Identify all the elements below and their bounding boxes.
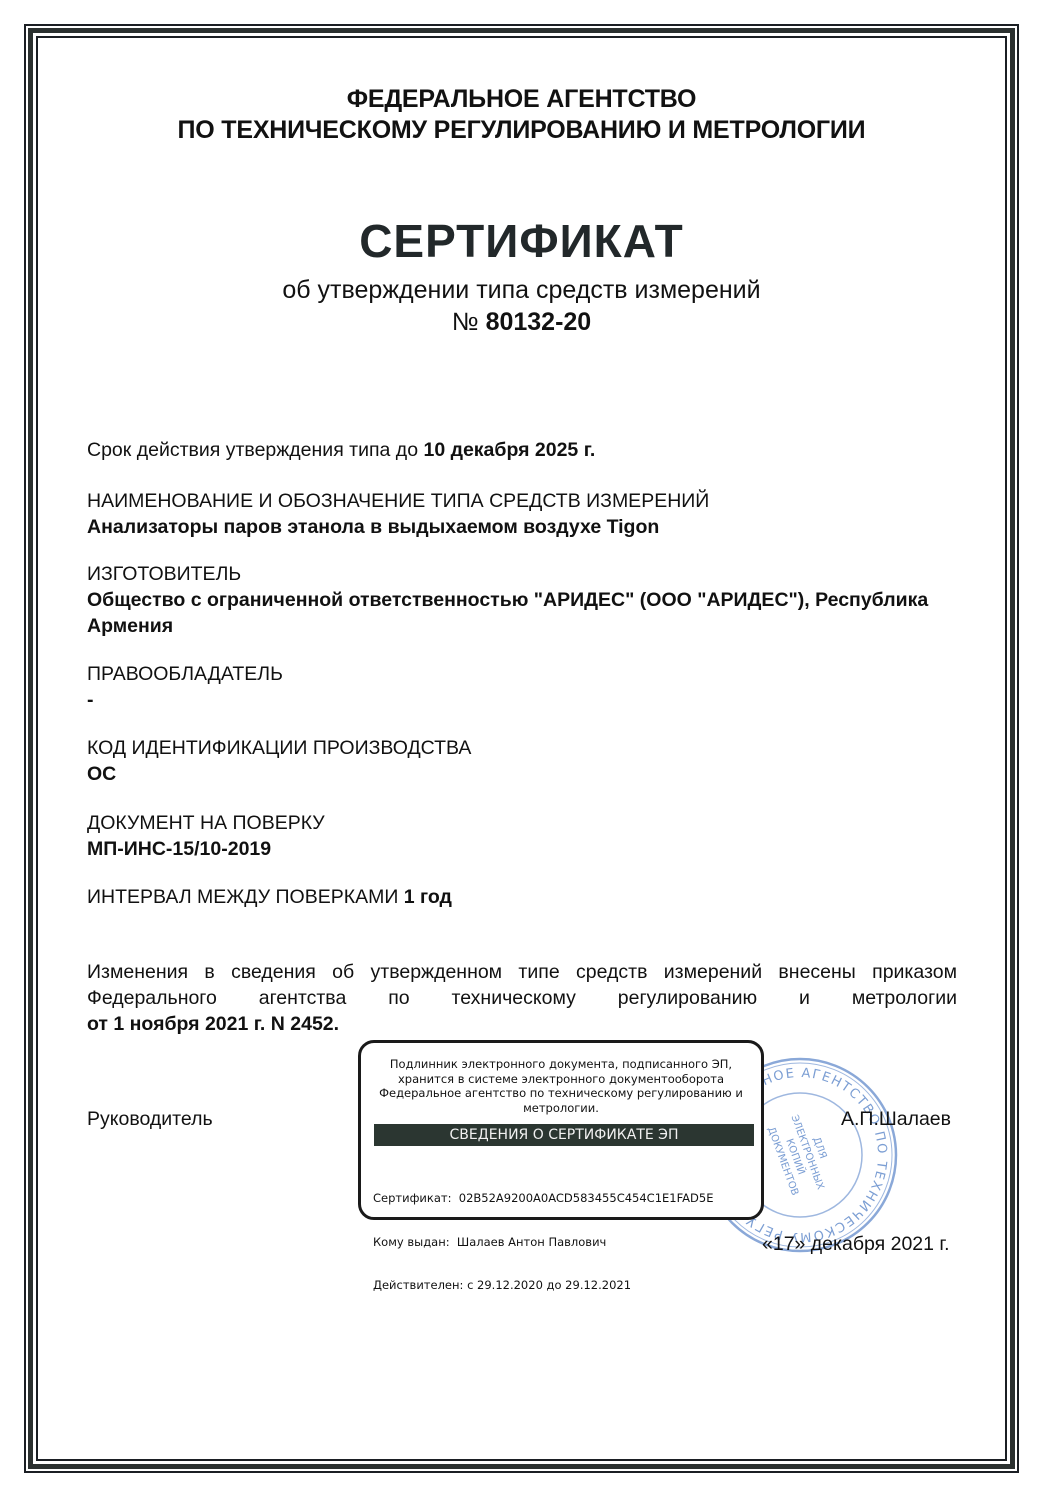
field-type-name: НАИМЕНОВАНИЕ И ОБОЗНАЧЕНИЕ ТИПА СРЕДСТВ … xyxy=(87,488,957,540)
issue-date: «17» декабря 2021 г. xyxy=(762,1233,950,1256)
field-interval: ИНТЕРВАЛ МЕЖДУ ПОВЕРКАМИ 1 год xyxy=(87,884,957,910)
esig-title-bar: СВЕДЕНИЯ О СЕРТИФИКАТЕ ЭП xyxy=(374,1124,754,1146)
esig-issued-to-label: Кому выдан: xyxy=(373,1235,450,1249)
signer-role: Руководитель xyxy=(87,1108,213,1131)
field-label: ИЗГОТОВИТЕЛЬ xyxy=(87,561,952,587)
esig-notice-line-2: хранится в системе электронного документ… xyxy=(361,1072,761,1087)
number-prefix: № xyxy=(452,308,479,336)
esig-notice-line-1: Подлинник электронного документа, подпис… xyxy=(361,1057,761,1072)
field-label: ДОКУМЕНТ НА ПОВЕРКУ xyxy=(87,810,957,836)
field-production-code: КОД ИДЕНТИФИКАЦИИ ПРОИЗВОДСТВА ОС xyxy=(87,735,957,787)
field-manufacturer: ИЗГОТОВИТЕЛЬ Общество с ограниченной отв… xyxy=(87,561,952,639)
esig-cert-value: 02B52A9200A0ACD583455C454C1E1FAD5E xyxy=(459,1191,714,1205)
certificate-number: № 80132-20 xyxy=(0,308,1043,337)
interval-value: 1 год xyxy=(404,886,452,908)
esig-cert-label: Сертификат: xyxy=(373,1191,451,1205)
validity-date: 10 декабря 2025 г. xyxy=(423,439,595,461)
esig-valid-value: с 29.12.2020 до 29.12.2021 xyxy=(467,1278,631,1292)
agency-line-1: ФЕДЕРАЛЬНОЕ АГЕНТСТВО xyxy=(0,84,1043,115)
agency-line-2: ПО ТЕХНИЧЕСКОМУ РЕГУЛИРОВАНИЮ И МЕТРОЛОГ… xyxy=(0,115,1043,146)
agency-header: ФЕДЕРАЛЬНОЕ АГЕНТСТВО ПО ТЕХНИЧЕСКОМУ РЕ… xyxy=(0,84,1043,146)
certificate-title: СЕРТИФИКАТ xyxy=(0,214,1043,268)
interval-label: ИНТЕРВАЛ МЕЖДУ ПОВЕРКАМИ xyxy=(87,886,398,908)
esig-issued-to-value: Шалаев Антон Павлович xyxy=(457,1235,606,1249)
field-value: Общество с ограниченной ответственностью… xyxy=(87,587,952,639)
changes-paragraph: Изменения в сведения об утвержденном тип… xyxy=(87,959,957,1037)
field-value: - xyxy=(87,687,957,713)
field-label: КОД ИДЕНТИФИКАЦИИ ПРОИЗВОДСТВА xyxy=(87,735,957,761)
changes-line-2: Федерального агентства по техническому р… xyxy=(87,985,957,1011)
field-label: ПРАВООБЛАДАТЕЛЬ xyxy=(87,661,957,687)
changes-line-1: Изменения в сведения об утвержденном тип… xyxy=(87,959,957,985)
field-rightholder: ПРАВООБЛАДАТЕЛЬ - xyxy=(87,661,957,713)
esig-notice-line-3: Федеральное агентство по техническому ре… xyxy=(361,1086,761,1101)
changes-line-3: от 1 ноября 2021 г. N 2452. xyxy=(87,1011,957,1037)
electronic-signature-box: Подлинник электронного документа, подпис… xyxy=(358,1040,764,1220)
field-value: МП-ИНС-15/10-2019 xyxy=(87,836,957,862)
number-value: 80132-20 xyxy=(486,308,592,336)
esig-notice-line-4: метрологии. xyxy=(361,1101,761,1116)
validity-line: Срок действия утверждения типа до 10 дек… xyxy=(87,437,957,463)
esig-valid-label: Действителен: xyxy=(373,1278,463,1292)
esig-details: Сертификат: 02B52A9200A0ACD583455C454C1E… xyxy=(373,1162,713,1322)
signer-name: А.П.Шалаев xyxy=(841,1108,951,1131)
field-value: ОС xyxy=(87,761,957,787)
field-value: Анализаторы паров этанола в выдыхаемом в… xyxy=(87,514,957,540)
validity-label: Срок действия утверждения типа до xyxy=(87,439,418,461)
certificate-subtitle: об утверждении типа средств измерений xyxy=(0,276,1043,305)
esig-notice: Подлинник электронного документа, подпис… xyxy=(361,1057,761,1115)
field-verification-doc: ДОКУМЕНТ НА ПОВЕРКУ МП-ИНС-15/10-2019 xyxy=(87,810,957,862)
field-label: НАИМЕНОВАНИЕ И ОБОЗНАЧЕНИЕ ТИПА СРЕДСТВ … xyxy=(87,488,957,514)
